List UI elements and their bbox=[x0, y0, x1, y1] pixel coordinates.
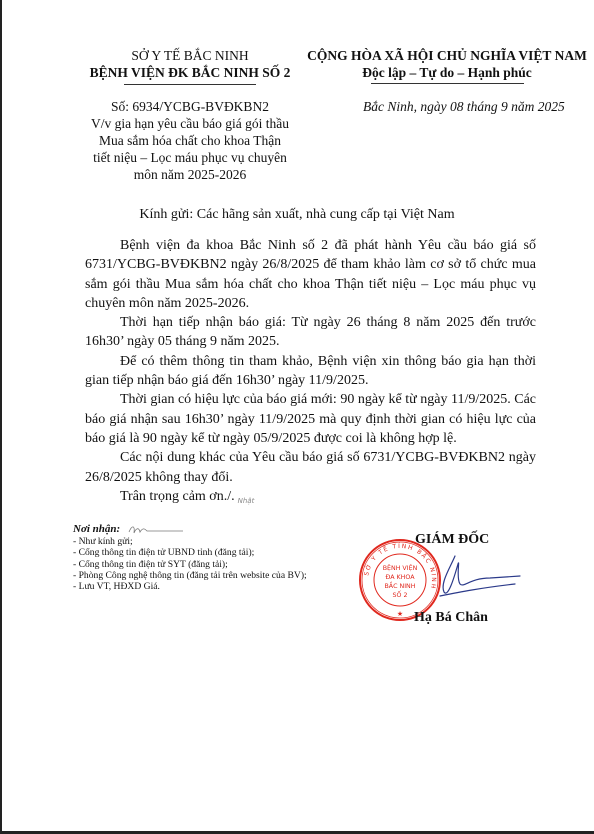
body-paragraph: Thời gian có hiệu lực của báo giá mới: 9… bbox=[85, 390, 536, 448]
recipient-item: - Cổng thông tin điện tử UBND tỉnh (đăng… bbox=[73, 547, 373, 558]
hospital-name: BỆNH VIỆN ĐK BẮC NINH SỐ 2 bbox=[60, 64, 320, 81]
stamp-star-icon: ★ bbox=[397, 610, 403, 618]
recipients-header: Nơi nhận: bbox=[73, 524, 373, 536]
document-subject: V/v gia hạn yêu cầu báo giá gói thầu Mua… bbox=[90, 115, 290, 183]
body-paragraph: Các nội dung khác của Yêu cầu báo giá số… bbox=[85, 448, 536, 487]
greeting: Kính gửi: Các hãng sản xuất, nhà cung cấ… bbox=[0, 207, 594, 223]
stamp-line: BỆNH VIỆN bbox=[383, 563, 418, 572]
recipients-block: Nơi nhận: - Như kính gửi; - Cổng thông t… bbox=[73, 524, 373, 592]
stamp-line: ĐA KHOA bbox=[385, 574, 415, 581]
place-date: Bắc Ninh, ngày 08 tháng 9 năm 2025 bbox=[363, 99, 565, 115]
recipients-title: Nơi nhận: bbox=[73, 523, 120, 535]
recipient-item: - Cổng thông tin điện tử SYT (đăng tải); bbox=[73, 559, 373, 570]
recipient-item: - Lưu VT, HĐXD Giá. bbox=[73, 581, 373, 592]
recipient-item: - Như kính gửi; bbox=[73, 536, 373, 547]
body-paragraph: Để có thêm thông tin tham khảo, Bệnh việ… bbox=[85, 352, 536, 391]
closing-text: Trân trọng cảm ơn./. bbox=[120, 489, 235, 504]
motto-underline bbox=[371, 83, 524, 84]
closing-initial-signature: Nhật bbox=[238, 497, 255, 505]
national-title: CỘNG HÒA XÃ HỘI CHỦ NGHĨA VIỆT NAM bbox=[300, 47, 594, 64]
signatory-name: Hạ Bá Chân bbox=[414, 610, 488, 626]
stamp-line: BẮC NINH bbox=[384, 580, 415, 590]
initial-signature-icon bbox=[127, 524, 187, 536]
stamp-line: SỐ 2 bbox=[393, 589, 408, 599]
header-left-underline bbox=[124, 84, 256, 85]
national-motto: Độc lập – Tự do – Hạnh phúc bbox=[300, 64, 594, 81]
header-left: SỞ Y TẾ BẮC NINH BỆNH VIỆN ĐK BẮC NINH S… bbox=[60, 47, 320, 183]
body-paragraph: Bệnh viện đa khoa Bắc Ninh số 2 đã phát … bbox=[85, 236, 536, 313]
letter-body: Bệnh viện đa khoa Bắc Ninh số 2 đã phát … bbox=[85, 236, 536, 511]
agency-name: SỞ Y TẾ BẮC NINH bbox=[60, 47, 320, 64]
closing-line: Trân trọng cảm ơn./.Nhật bbox=[85, 487, 536, 511]
document-number: Số: 6934/YCBG-BVĐKBN2 bbox=[60, 98, 320, 115]
recipient-item: - Phòng Công nghệ thông tin (đăng tải tr… bbox=[73, 570, 373, 581]
header-right: CỘNG HÒA XÃ HỘI CHỦ NGHĨA VIỆT NAM Độc l… bbox=[300, 47, 594, 84]
body-paragraph: Thời hạn tiếp nhận báo giá: Từ ngày 26 t… bbox=[85, 313, 536, 352]
